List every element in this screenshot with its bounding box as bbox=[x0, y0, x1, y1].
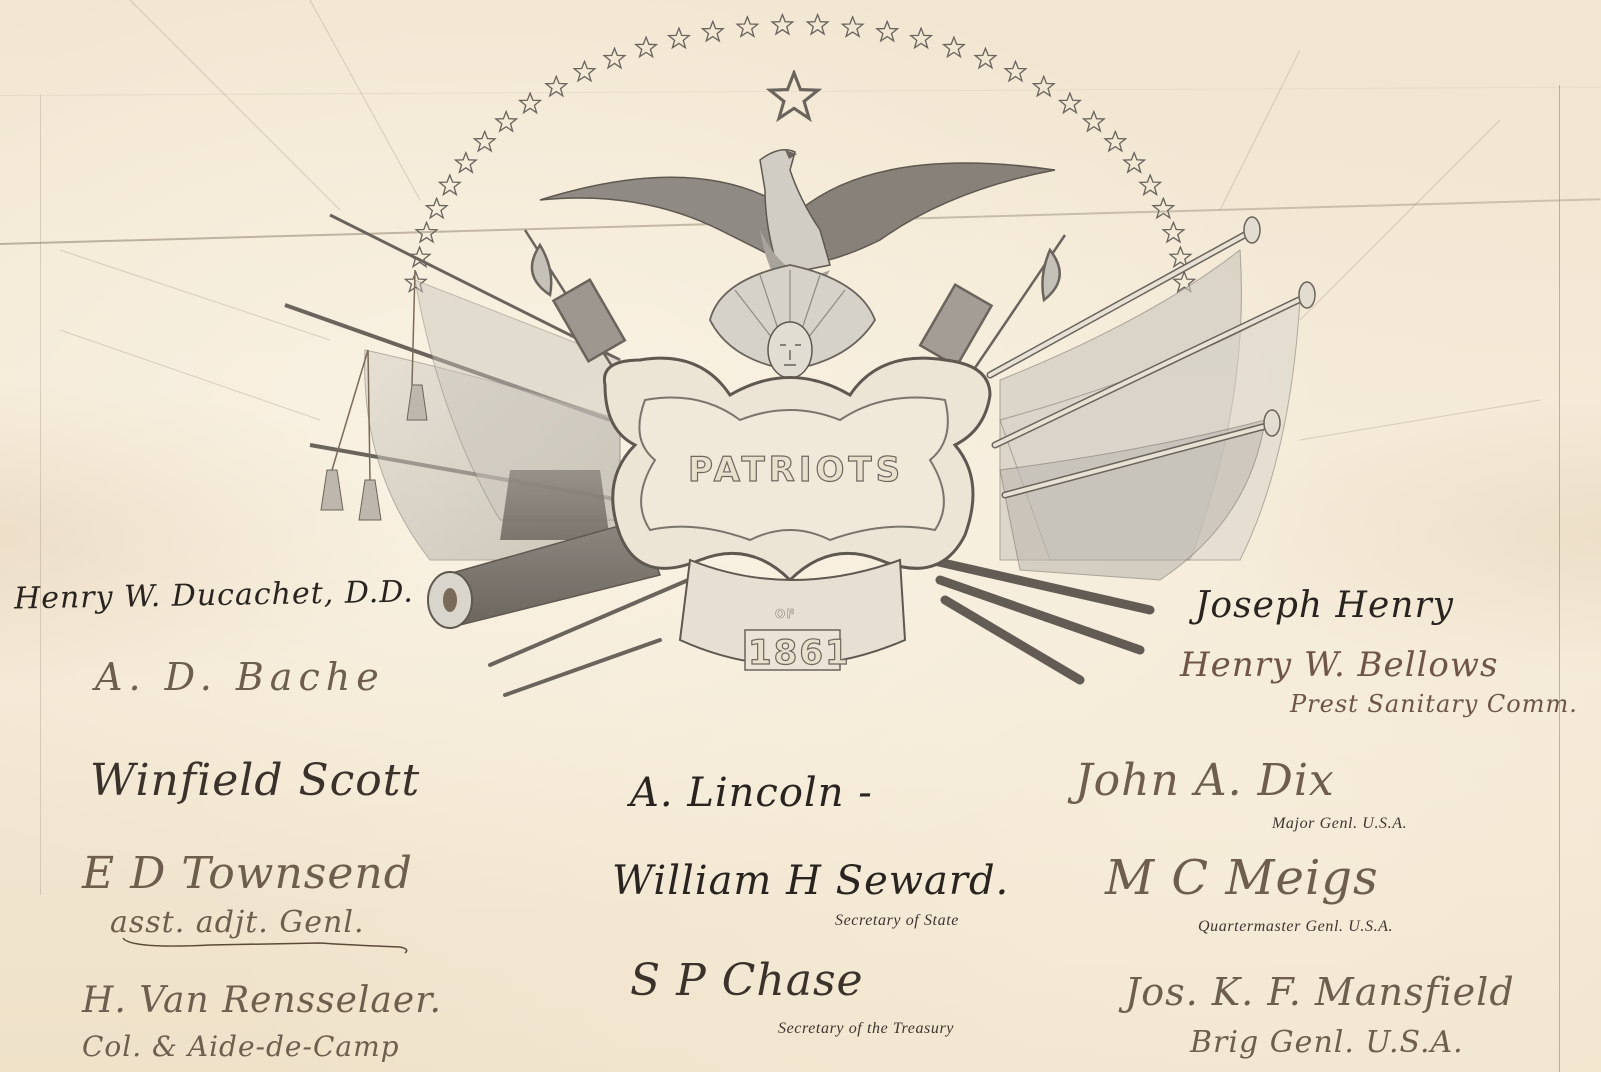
star-icon bbox=[877, 21, 898, 41]
rifles-right-icon bbox=[930, 560, 1150, 680]
title-secretary-of-state: Secretary of State bbox=[835, 912, 959, 930]
star-icon bbox=[944, 37, 965, 57]
star-icon bbox=[1124, 153, 1145, 173]
signature-bellows-title: Prest Sanitary Comm. bbox=[1290, 690, 1578, 718]
center-star-icon bbox=[770, 73, 818, 119]
underline-flourish bbox=[120, 935, 420, 955]
star-icon bbox=[737, 17, 758, 37]
star-icon bbox=[702, 21, 723, 41]
star-icon bbox=[439, 175, 460, 195]
signature-van-rensselaer-title: Col. & Aide-de-Camp bbox=[82, 1030, 400, 1063]
star-icon bbox=[416, 222, 437, 242]
right-flags bbox=[990, 217, 1315, 580]
signature-ducachet: Henry W. Ducachet, D.D. bbox=[14, 575, 414, 617]
title-quartermaster-general: Quartermaster Genl. U.S.A. bbox=[1198, 918, 1393, 936]
signature-lincoln: A. Lincoln - bbox=[630, 770, 873, 816]
signature-winfield-scott: Winfield Scott bbox=[90, 755, 420, 806]
star-icon bbox=[520, 93, 541, 113]
star-icon bbox=[1163, 222, 1184, 242]
signature-meigs: M C Meigs bbox=[1105, 850, 1379, 906]
signature-mansfield-title: Brig Genl. U.S.A. bbox=[1190, 1025, 1464, 1060]
signature-bache: A. D. Bache bbox=[95, 655, 385, 699]
signature-chase: S P Chase bbox=[630, 955, 864, 1006]
star-icon bbox=[772, 14, 793, 34]
star-icon bbox=[496, 111, 517, 131]
star-icon bbox=[456, 153, 477, 173]
signature-seward: William H Seward. bbox=[612, 858, 1009, 904]
signature-joseph-henry: Joseph Henry bbox=[1195, 585, 1454, 626]
star-icon bbox=[807, 14, 828, 34]
signature-dix: John A. Dix bbox=[1075, 755, 1335, 806]
emblem-of-label: OF bbox=[775, 607, 795, 621]
star-icon bbox=[636, 37, 657, 57]
signature-townsend: E D Townsend bbox=[82, 848, 413, 899]
star-icon bbox=[546, 76, 567, 96]
signature-mansfield: Jos. K. F. Mansfield bbox=[1125, 970, 1515, 1014]
star-icon bbox=[1153, 198, 1174, 218]
shield-cartouche-icon bbox=[604, 358, 990, 670]
star-icon bbox=[574, 61, 595, 81]
star-icon bbox=[426, 198, 447, 218]
signature-van-rensselaer: H. Van Rensselaer. bbox=[82, 980, 442, 1021]
star-icon bbox=[474, 131, 495, 151]
emblem-title: PATRIOTS bbox=[688, 450, 904, 490]
star-icon bbox=[842, 17, 863, 37]
star-icon bbox=[669, 28, 690, 48]
shell-face-ornament bbox=[710, 265, 875, 378]
star-icon bbox=[1140, 175, 1161, 195]
star-icon bbox=[1084, 111, 1105, 131]
left-flags bbox=[285, 215, 620, 560]
title-major-general: Major Genl. U.S.A. bbox=[1272, 815, 1407, 833]
star-icon bbox=[604, 48, 625, 68]
star-icon bbox=[1033, 76, 1054, 96]
star-icon bbox=[1105, 131, 1126, 151]
signature-bellows: Henry W. Bellows bbox=[1180, 645, 1498, 685]
title-secretary-of-treasury: Secretary of the Treasury bbox=[778, 1020, 954, 1038]
star-icon bbox=[975, 48, 996, 68]
star-icon bbox=[911, 28, 932, 48]
emblem-year: 1861 bbox=[748, 633, 851, 673]
star-icon bbox=[1005, 61, 1026, 81]
star-icon bbox=[1060, 93, 1081, 113]
